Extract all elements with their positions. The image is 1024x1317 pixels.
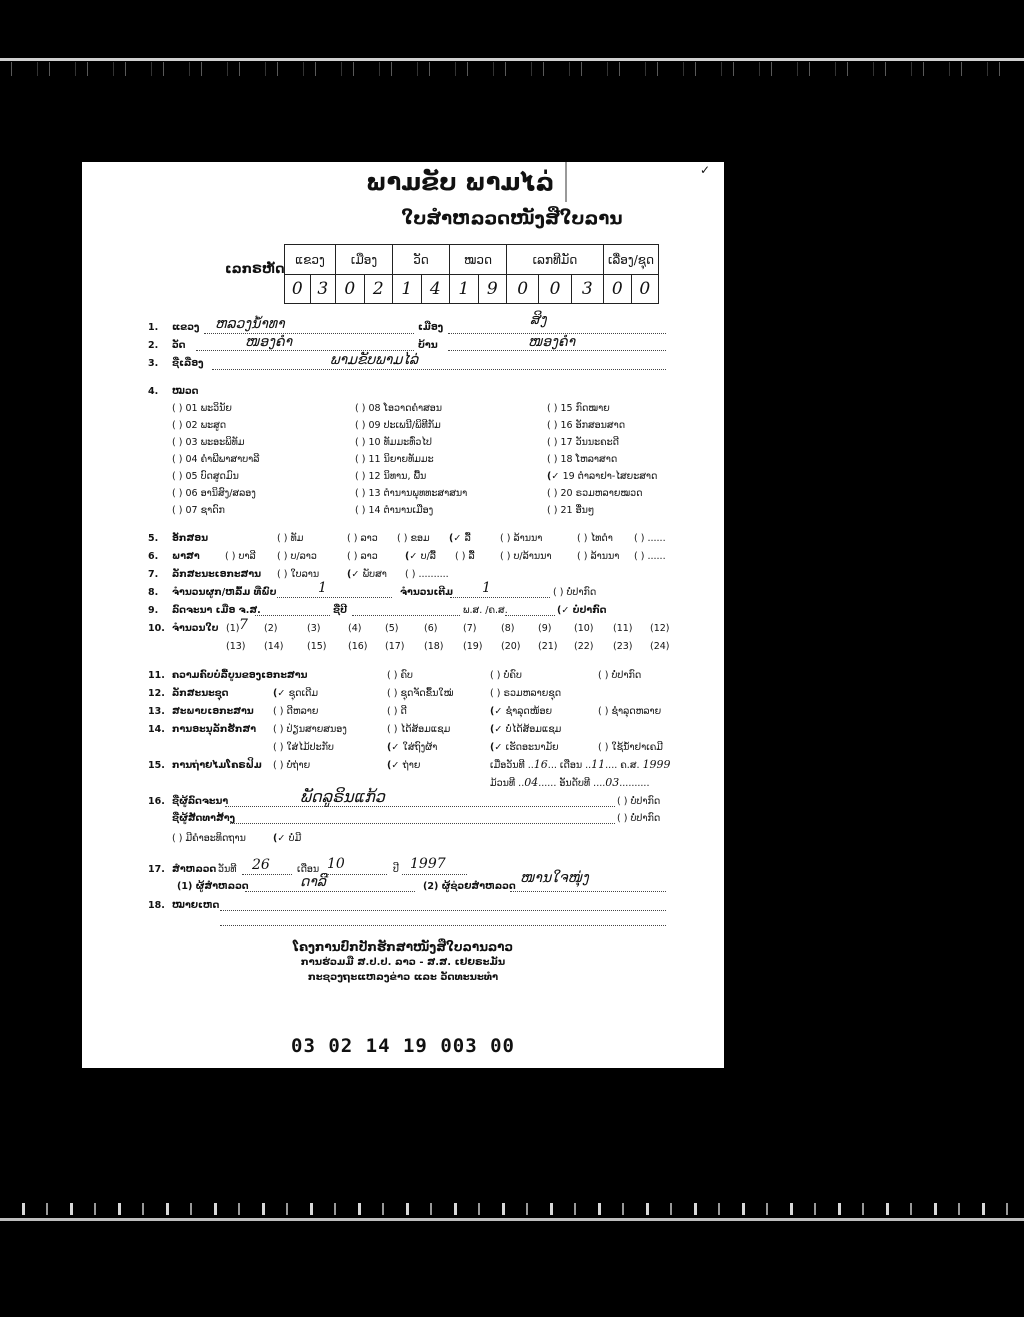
script-option[interactable]: ( ) ໄທດຳ [577, 533, 613, 544]
field-3-label: ຊື່ເລື່ອງ [172, 358, 204, 369]
category-option[interactable]: ( ) 11 ນິຍາຍທັມມະ [355, 454, 434, 465]
category-option[interactable]: ( ) 08 ໂອວາດຄຳສອນ [355, 403, 442, 414]
field-16-value: ພັດລູຣິນແກ້ວ [300, 787, 385, 806]
category-option[interactable]: ( ) 02 ພະສູດ [172, 420, 226, 431]
code-digit: 9 [478, 275, 507, 304]
leaf-count-slot: (5) [385, 623, 398, 634]
category-option[interactable]: ( ) 10 ທັມມະທົ່ວໄປ [355, 437, 432, 448]
completeness-option[interactable]: ( ) ບໍ່ປາກົດ [598, 670, 641, 681]
script-option[interactable]: ( ) ລາວ [347, 533, 378, 544]
footer-project: ໂຄງການປົກປັກຮັກສາໜັງສືໃບລານລາວ [82, 940, 724, 954]
field-9-label3: ພ.ສ. /ຄ.ສ. [463, 605, 508, 616]
leaf-count-slot: (21) [538, 641, 558, 652]
field-14-label: ການອະນຸລັກຮັກສາ [172, 724, 256, 735]
conservation-option[interactable]: ( ) ໃຊ້ນ້ຳຢາເຄມີ [598, 742, 663, 753]
field-3-num: 3. [148, 358, 158, 369]
language-option-checked[interactable]: (✓ ບ/ລື້ [405, 551, 436, 562]
code-digit: 0 [507, 275, 539, 304]
leaf-count-slot: (6) [424, 623, 437, 634]
field-12-num: 12. [148, 688, 165, 699]
field-2-line [196, 350, 414, 351]
header-tab: ພາມຂັບ ພາມໄລ່ [355, 162, 567, 202]
field-17-label: ສຳຫລວດ [172, 864, 216, 875]
field-2-label2: ບ້ານ [418, 340, 438, 351]
code-digit: 4 [421, 275, 450, 304]
code-digit: 0 [285, 275, 311, 304]
surveyor-line [245, 891, 415, 892]
field-8-num: 8. [148, 587, 158, 598]
field-9-num: 9. [148, 605, 158, 616]
field-17-year-line [402, 874, 467, 875]
leaf-count-slot: (13) [226, 641, 246, 652]
field-8-line [277, 597, 392, 598]
field-8-unknown[interactable]: ( ) ບໍ່ປາກົດ [553, 587, 596, 598]
conservation-option[interactable]: ( ) ປ່ຽນສາຍສນອງ [273, 724, 347, 735]
field-9-label: ລົດຈະນາ ເມື່ອ ຈ.ສ. [172, 605, 261, 616]
code-digit: 3 [310, 275, 336, 304]
conservation-option[interactable]: ( ) ໃສ່ໄມ້ປະກັບ [273, 742, 334, 753]
code-col-category: ໝວດ [450, 245, 507, 275]
field-8-line2 [450, 597, 550, 598]
category-option[interactable]: ( ) 12 ນິທານ, ພື້ນ [355, 471, 426, 482]
assistant-line [510, 891, 666, 892]
leaf-count-slot: (23) [613, 641, 633, 652]
completeness-option[interactable]: ( ) ບໍ່ຄົບ [490, 670, 522, 681]
category-option[interactable]: ( ) 15 ກົດໝາຍ [547, 403, 610, 414]
field-12-label: ລັກສະນະຊຸດ [172, 688, 228, 699]
field-2-label: ວັດ [172, 340, 185, 351]
footer-ministry: ກະຊວງຖະແຫລງຂ່າວ ແລະ ວັດທະນະທຳ [82, 972, 724, 983]
code-table: ແຂວງ ເມືອງ ວັດ ໝວດ ເລກທີມັດ ເລື່ອງ/ຊຸດ 0… [284, 244, 659, 304]
field-2-value: ໜອງຄຳ [245, 334, 292, 350]
field-17-day-label: ວັນທີ [218, 864, 237, 875]
field-16-label: ຊື່ຜູ້ລົດຈະນາ [172, 796, 228, 807]
field-8-value: 1 [318, 580, 327, 596]
code-digit: 0 [631, 275, 659, 304]
set-option[interactable]: ( ) ຊຸດຈັດຂຶ້ນໃໝ່ [387, 688, 453, 699]
field-17-year-label: ປີ [393, 864, 399, 875]
field-2-line2 [448, 350, 666, 351]
leaf-count-slot: (10) [574, 623, 594, 634]
language-option[interactable]: ( ) ບ/ລາວ [277, 551, 317, 562]
field-17-day: 26 [252, 857, 270, 873]
category-option[interactable]: ( ) 09 ປະເພນີ/ພິທີກັມ [355, 420, 441, 431]
dedication-option-checked[interactable]: (✓ ບໍ່ມີ [273, 833, 301, 844]
field-16-unknown2[interactable]: ( ) ບໍ່ປາກົດ [617, 813, 660, 824]
microfilm-date: ເມື່ອວັນທີ ..16... ເດືອນ ..11.... ຄ.ສ. 1… [490, 758, 671, 771]
language-option[interactable]: ( ) ລ້ານນາ [577, 551, 619, 562]
field-5-label: ອັກສອນ [172, 533, 208, 544]
category-option[interactable]: ( ) 18 ໂຫລາສາດ [547, 454, 617, 465]
field-11-label: ຄວາມຄົບບໍ່ລື້ບູນຂອງເອກະສານ [172, 670, 308, 681]
category-option[interactable]: ( ) 06 ອານິສົງ/ສລອງ [172, 488, 256, 499]
field-13-num: 13. [148, 706, 165, 717]
code-digit: 1 [450, 275, 479, 304]
code-digit: 1 [393, 275, 422, 304]
field-13-label: ສະພາບເອກະສານ [172, 706, 254, 717]
leaf-count-slot: (4) [348, 623, 361, 634]
category-option[interactable]: ( ) 20 ຣວມຫລາຍໝວດ [547, 488, 642, 499]
leaf-count-slot: (9) [538, 623, 551, 634]
field-1-line [204, 333, 414, 334]
doctype-option[interactable]: ( ) ໃບລານ [277, 569, 319, 580]
field-7-label: ລັກສະນະເອກະສານ [172, 569, 261, 580]
leaf-count-slot: (20) [501, 641, 521, 652]
surveyor-label: (1) ຜູ້ສຳຫລວດ [177, 881, 249, 892]
field-16-label2: ຊື່ຜູ້ສັດທາສ້າງ [172, 813, 235, 824]
code-digit: 2 [364, 275, 393, 304]
code-col-bundle: ເລກທີມັດ [507, 245, 604, 275]
leaf-count-slot: (2) [264, 623, 277, 634]
field-15-label: ການຖ່າຍໄມໂຄຣຟິມ [172, 760, 262, 771]
category-option[interactable]: ( ) 05 ບົດສູດມົນ [172, 471, 239, 482]
field-3-value: ພາມຂັບພາມໄລ່ [330, 352, 418, 368]
field-15-num: 15. [148, 760, 165, 771]
leaf-count-slot: (14) [264, 641, 284, 652]
field-4-num: 4. [148, 386, 158, 397]
field-10-num: 10. [148, 623, 165, 634]
header-tab-title: ພາມຂັບ ພາມໄລ່ [355, 168, 565, 196]
field-17-month-line [322, 874, 387, 875]
leaf-count-slot: (24) [650, 641, 670, 652]
field-8-label2: ຈຳນວນເຕີມ [400, 587, 453, 598]
doctype-option-checked[interactable]: (✓ ພັບສາ [347, 569, 387, 580]
conservation-option-checked[interactable]: (✓ ໃສ່ຖົງຜ້າ [387, 742, 437, 753]
assistant-label: (2) ຜູ້ຊ່ວຍສຳຫລວດ [423, 881, 516, 892]
code-digit: 0 [336, 275, 365, 304]
assistant-value: ໜານໃຈໜຸ່ງ [520, 870, 589, 886]
completeness-option[interactable]: ( ) ຄົບ [387, 670, 413, 681]
field-16-line [225, 806, 615, 807]
script-option[interactable]: ( ) ...... [634, 533, 666, 544]
doctype-option[interactable]: ( ) .......... [405, 569, 449, 580]
film-noise-top [0, 62, 1024, 76]
leaf-count-slot: (15) [307, 641, 327, 652]
leaf-count-slot: (3) [307, 623, 320, 634]
language-option[interactable]: ( ) ບາລີ [225, 551, 256, 562]
field-18-num: 18. [148, 900, 165, 911]
condition-option-checked[interactable]: (✓ ຊຳລຸດໜ້ອຍ [490, 706, 552, 717]
conservation-option[interactable]: ( ) ໄດ້ສ້ອມແຊມ [387, 724, 450, 735]
field-16-num: 16. [148, 796, 165, 807]
code-digit: 0 [604, 275, 632, 304]
script-option[interactable]: ( ) ຂອມ [397, 533, 430, 544]
condition-option[interactable]: ( ) ດີຫລາຍ [273, 706, 318, 717]
field-17-day-line [242, 874, 292, 875]
category-option[interactable]: ( ) 01 ພະວິນັຍ [172, 403, 232, 414]
language-option[interactable]: ( ) ບ/ລ້ານນາ [500, 551, 552, 562]
field-9-line3 [505, 615, 555, 616]
code-col-temple: ວັດ [393, 245, 450, 275]
language-option[interactable]: ( ) ...... [634, 551, 666, 562]
field-17-num: 17. [148, 864, 165, 875]
set-option-checked[interactable]: (✓ ຊຸດເດີມ [273, 688, 318, 699]
footer-cooperation: ການຮ່ວມມື ສ.ປ.ປ. ລາວ - ສ.ສ. ເຢຍຣະມັນ [82, 957, 724, 968]
language-option[interactable]: ( ) ລື້ [455, 551, 475, 562]
category-option[interactable]: ( ) 07 ຊາດົກ [172, 505, 225, 516]
field-3-line [212, 369, 666, 370]
code-label: ເລກຣຫັດ [225, 262, 285, 277]
field-17-month: 10 [327, 856, 345, 872]
field-1-value: ຫລວງນ້ຳທາ [215, 316, 285, 332]
code-digit: 0 [539, 275, 571, 304]
field-10-value: 7 [239, 617, 248, 633]
field-18-label: ໝາຍເຫດ [172, 900, 219, 911]
leaf-count-slot: (1) [226, 623, 239, 634]
leaf-count-slot: (8) [501, 623, 514, 634]
dedication-option[interactable]: ( ) ມີຄຳອະທິດຖານ [172, 833, 246, 844]
field-16-unknown[interactable]: ( ) ບໍ່ປາກົດ [617, 796, 660, 807]
code-col-district: ເມືອງ [336, 245, 393, 275]
field-16-line2 [230, 823, 615, 824]
leaf-count-slot: (22) [574, 641, 594, 652]
film-perforations-bottom [0, 1203, 1024, 1215]
field-5-num: 5. [148, 533, 158, 544]
field-14-num: 14. [148, 724, 165, 735]
field-9-unknown-checked[interactable]: (✓ ບໍ່ປາກົດ [557, 605, 606, 616]
field-17-year: 1997 [410, 856, 446, 872]
field-8-value2: 1 [482, 580, 491, 596]
script-option[interactable]: ( ) ລ້ານນາ [500, 533, 542, 544]
film-strip-top [0, 58, 1024, 61]
script-option[interactable]: ( ) ທັມ [277, 533, 303, 544]
category-option-checked[interactable]: (✓ 19 ຕຳລາຢາ-ໄສຍະສາດ [547, 471, 657, 482]
pen-mark: ✓ [700, 163, 710, 177]
condition-option[interactable]: ( ) ດີ [387, 706, 407, 717]
field-10-label: ຈຳນວນໃບ [172, 623, 219, 634]
code-col-story: ເລື່ອງ/ຊຸດ [604, 245, 659, 275]
microfilm-option[interactable]: ( ) ບໍ່ຖ່າຍ [273, 760, 310, 771]
category-option[interactable]: ( ) 16 ອັກສອນສາດ [547, 420, 625, 431]
category-option[interactable]: ( ) 03 ພະອະພິທັມ [172, 437, 245, 448]
category-option[interactable]: ( ) 14 ຕຳນານເມືອງ [355, 505, 433, 516]
leaf-count-slot: (7) [463, 623, 476, 634]
remarks-line-1 [220, 910, 666, 911]
field-9-line [255, 615, 330, 616]
film-strip-bottom [0, 1218, 1024, 1221]
field-1-value2: ສິງ [530, 312, 547, 328]
conservation-option-checked[interactable]: (✓ ເຮັດອະນາມັຍ [490, 742, 559, 753]
category-option[interactable]: ( ) 04 ຄຳພີພາສາບາລີ [172, 454, 259, 465]
leaf-count-slot: (12) [650, 623, 670, 634]
document-code: 03 02 14 19 003 00 [82, 1035, 724, 1057]
set-option[interactable]: ( ) ຣວມຫລາຍຊຸດ [490, 688, 561, 699]
script-option-checked[interactable]: (✓ ລື້ [449, 533, 471, 544]
field-7-num: 7. [148, 569, 158, 580]
form-title: ໃບສຳຫລວດໜັງສືໃບລານ [0, 208, 1024, 229]
category-option[interactable]: ( ) 21 ອື່ນໆ [547, 505, 594, 516]
field-6-num: 6. [148, 551, 158, 562]
field-2-num: 2. [148, 340, 158, 351]
category-option[interactable]: ( ) 17 ວັນນະຄະດີ [547, 437, 619, 448]
condition-option[interactable]: ( ) ຊຳລຸດຫລາຍ [598, 706, 661, 717]
microfilm-option-checked[interactable]: (✓ ຖ່າຍ [387, 760, 420, 771]
field-6-label: ພາສາ [172, 551, 200, 562]
language-option[interactable]: ( ) ລາວ [347, 551, 378, 562]
field-2-value2: ໜອງຄຳ [528, 334, 575, 350]
leaf-count-slot: (19) [463, 641, 483, 652]
field-1-num: 1. [148, 322, 158, 333]
field-11-num: 11. [148, 670, 165, 681]
microfilm-reel: ມ້ວນທີ ..04...... ອັນດັບທີ ....03.......… [490, 776, 649, 789]
field-9-line2 [352, 615, 460, 616]
field-4-label: ໝວດ [172, 386, 198, 397]
code-digit: 3 [571, 275, 603, 304]
leaf-count-slot: (18) [424, 641, 444, 652]
leaf-count-slot: (16) [348, 641, 368, 652]
remarks-line-2 [220, 925, 666, 926]
leaf-count-slot: (17) [385, 641, 405, 652]
surveyor-value: ດາລີ [300, 874, 326, 890]
category-option[interactable]: ( ) 13 ຕຳນານພຸທທະສາສນາ [355, 488, 467, 499]
field-9-label2: ຊື່ປີ [333, 605, 347, 616]
leaf-count-slot: (11) [613, 623, 633, 634]
field-8-label: ຈຳນວນຜູກ/ຫລົ້ມ ທີ່ພົບ [172, 587, 277, 598]
field-1-label2: ເມືອງ [418, 322, 443, 333]
field-1-label: ແຂວງ [172, 322, 199, 333]
code-col-province: ແຂວງ [285, 245, 336, 275]
conservation-option-checked[interactable]: (✓ ບໍ່ໄດ້ສ້ອມແຊມ [490, 724, 561, 735]
